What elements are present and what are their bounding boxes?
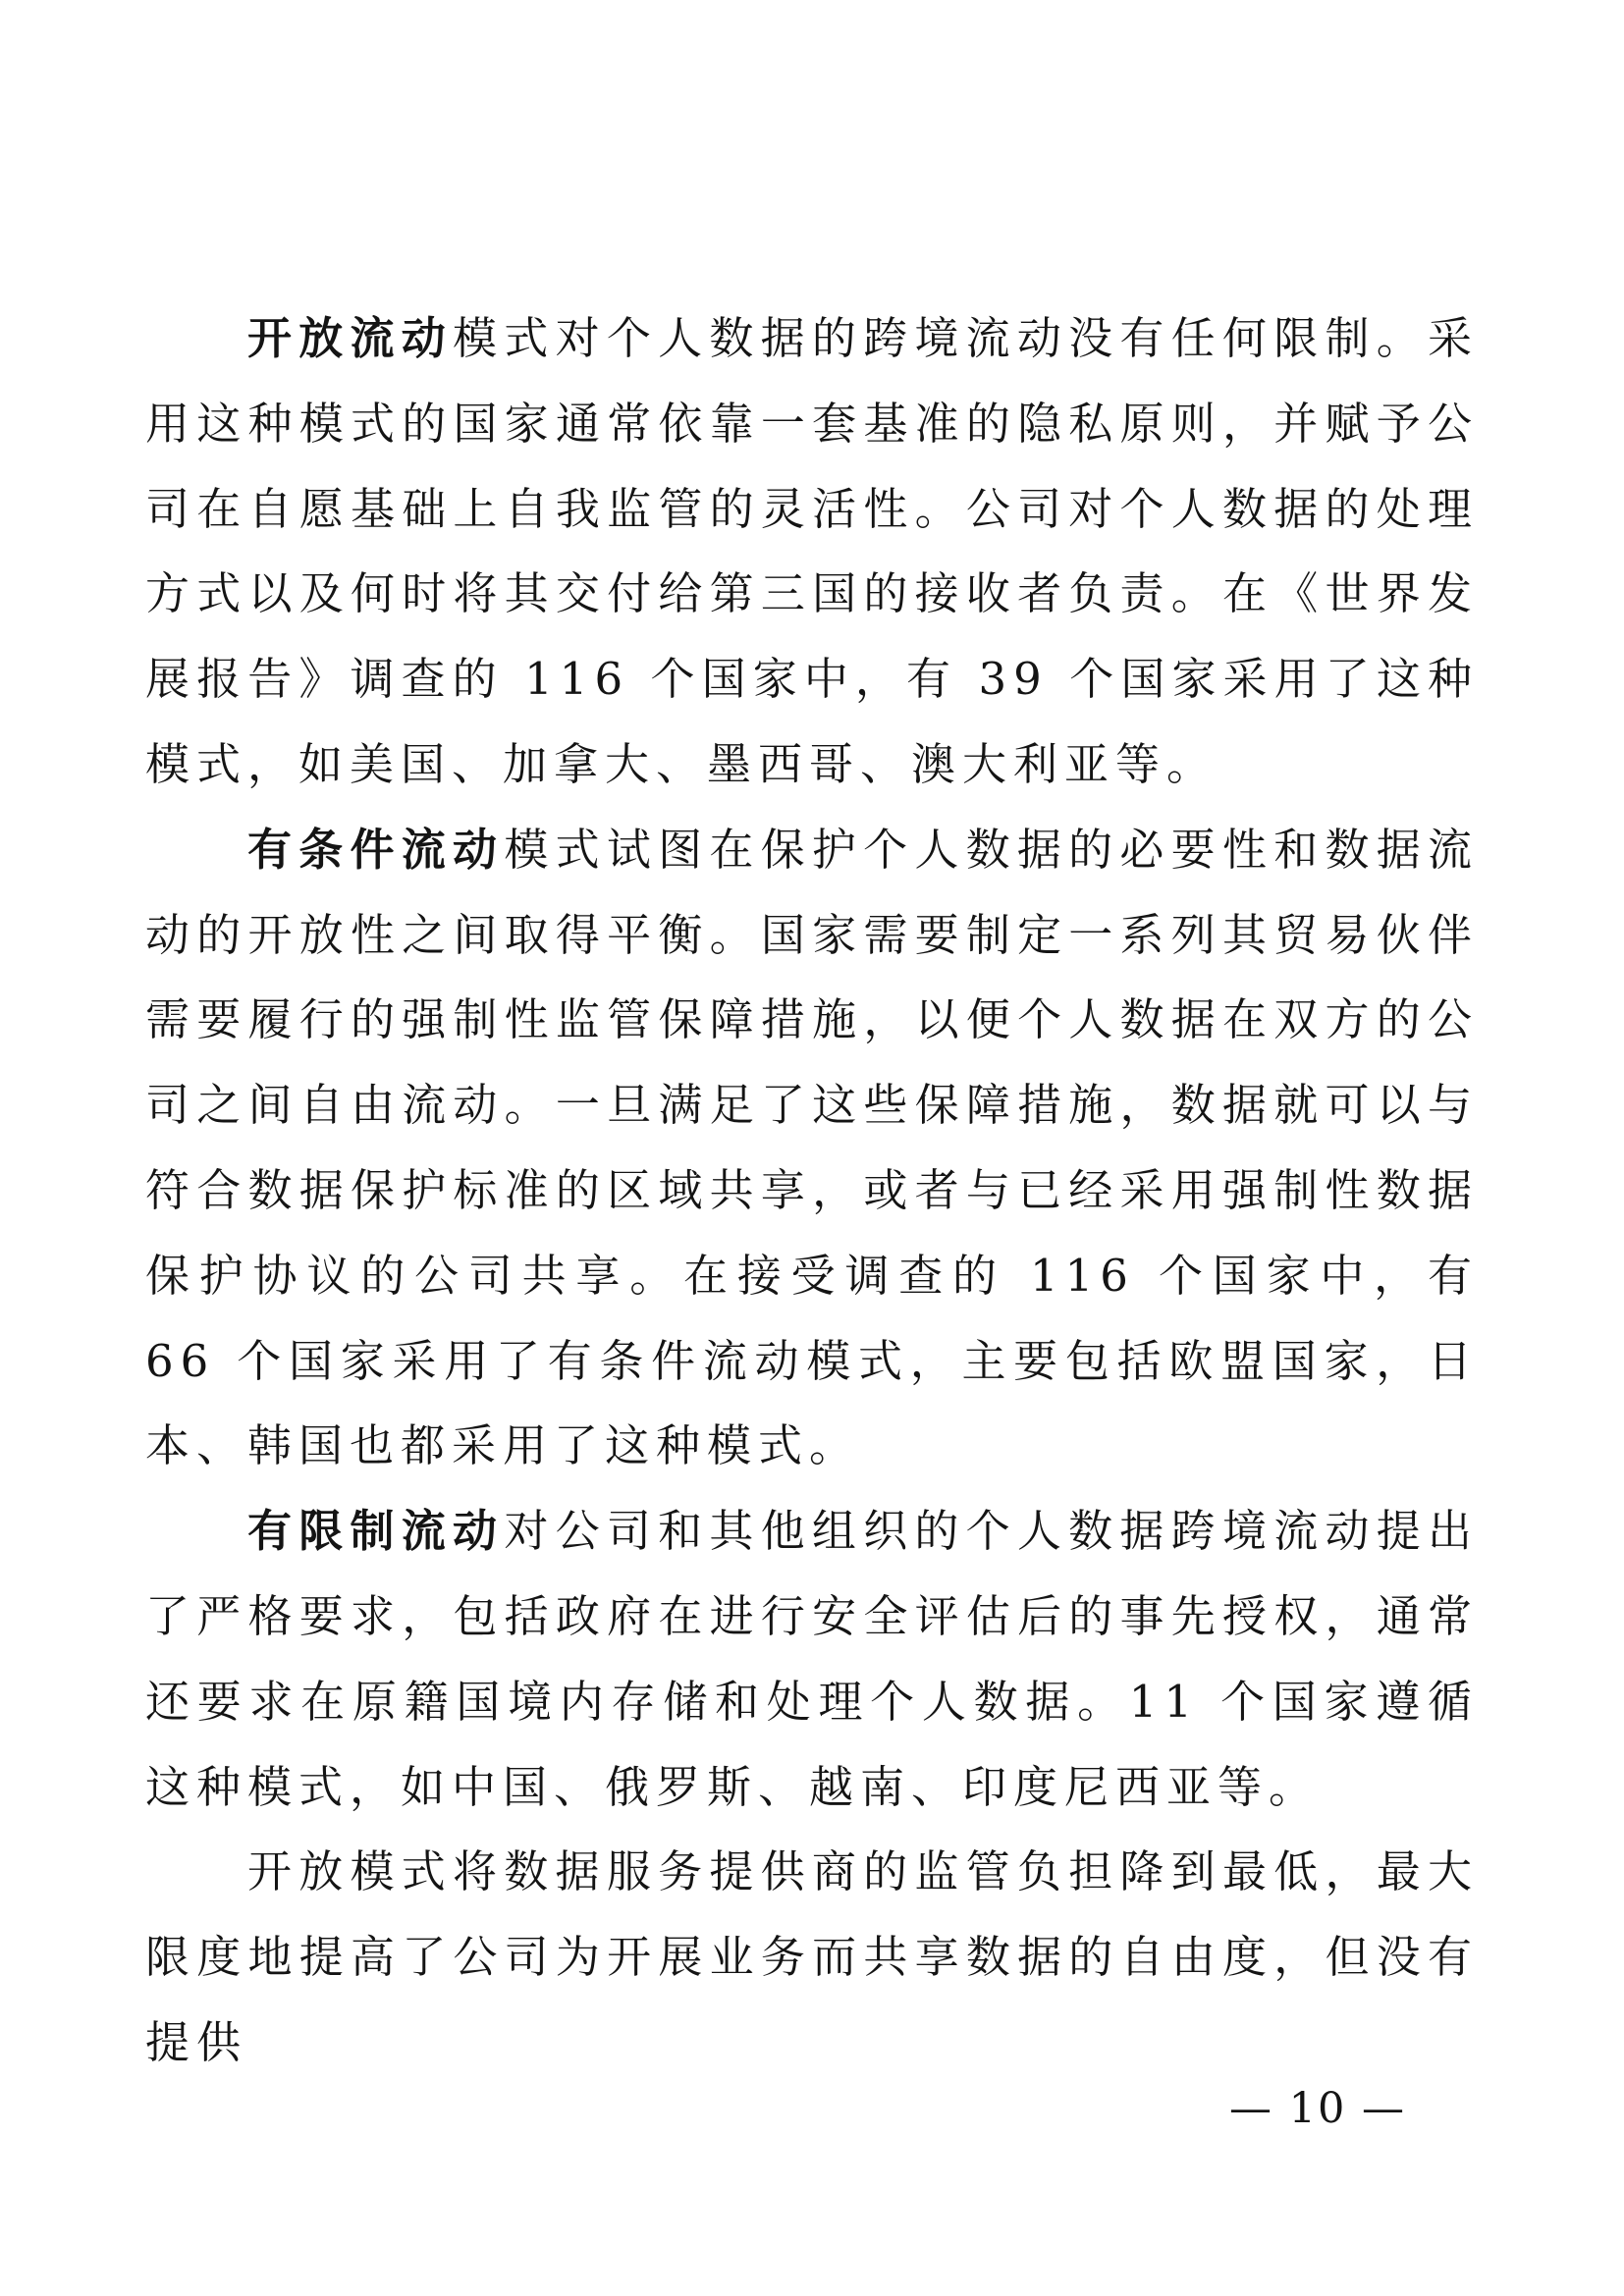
page-number: — 10 —	[1229, 2083, 1406, 2134]
paragraph-conditional-flow-lead: 有条件流动	[247, 824, 504, 876]
paragraph-open-flow-text: 模式对个人数据的跨境流动没有任何限制。采用这种模式的国家通常依靠一套基准的隐私原…	[145, 312, 1479, 790]
paragraph-restricted-flow: 有限制流动对公司和其他组织的个人数据跨境流动提出了严格要求，包括政府在进行安全评…	[145, 1489, 1479, 1830]
paragraph-open-model-summary: 开放模式将数据服务提供商的监管负担降到最低，最大限度地提高了公司为开展业务而共享…	[145, 1830, 1479, 2085]
document-page: 开放流动模式对个人数据的跨境流动没有任何限制。采用这种模式的国家通常依靠一套基准…	[0, 0, 1624, 2296]
paragraph-open-model-summary-text: 开放模式将数据服务提供商的监管负担降到最低，最大限度地提高了公司为开展业务而共享…	[145, 1845, 1479, 2068]
page-number-text: — 10 —	[1229, 2084, 1406, 2133]
paragraph-open-flow-lead: 开放流动	[247, 312, 453, 364]
paragraph-conditional-flow-text: 模式试图在保护个人数据的必要性和数据流动的开放性之间取得平衡。国家需要制定一系列…	[145, 824, 1479, 1472]
paragraph-restricted-flow-lead: 有限制流动	[247, 1505, 504, 1557]
paragraph-open-flow: 开放流动模式对个人数据的跨境流动没有任何限制。采用这种模式的国家通常依靠一套基准…	[145, 296, 1479, 808]
paragraph-conditional-flow: 有条件流动模式试图在保护个人数据的必要性和数据流动的开放性之间取得平衡。国家需要…	[145, 808, 1479, 1489]
document-body: 开放流动模式对个人数据的跨境流动没有任何限制。采用这种模式的国家通常依靠一套基准…	[145, 296, 1479, 2086]
